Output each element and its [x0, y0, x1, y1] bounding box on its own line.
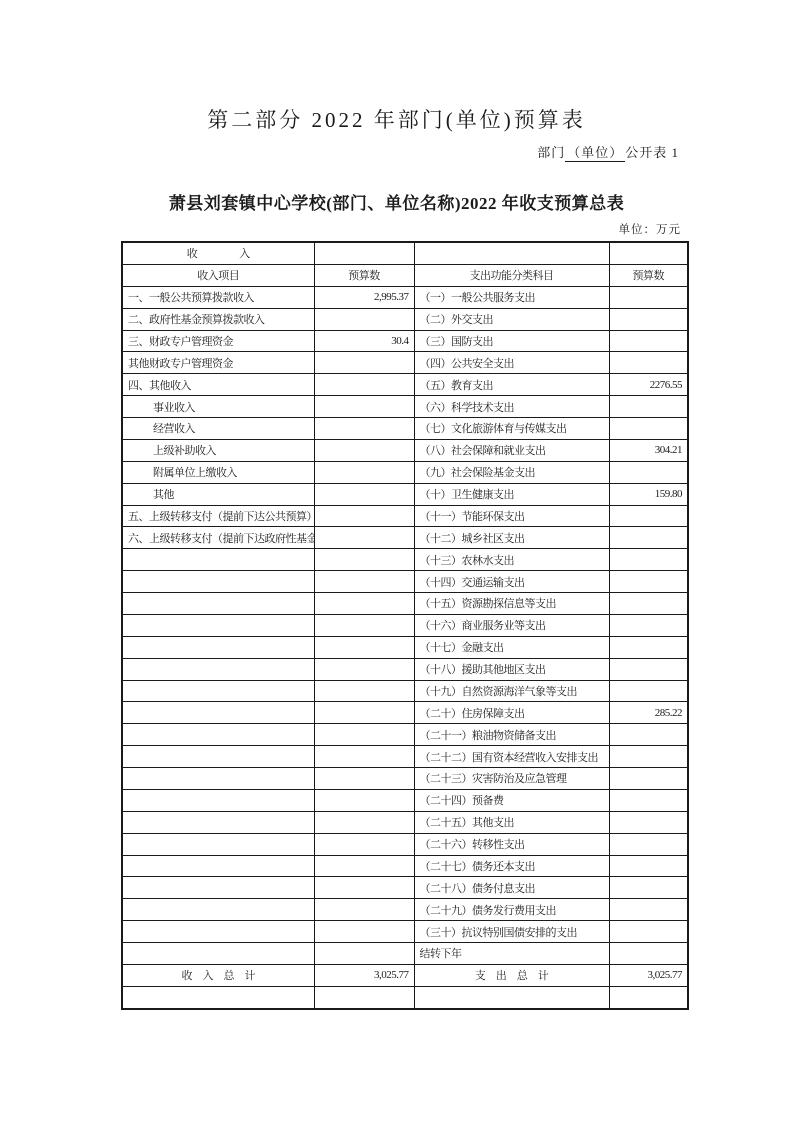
income-amount-cell: [314, 943, 414, 965]
expense-total-label: 支 出 总 计: [414, 964, 609, 986]
income-item-cell: [122, 636, 314, 658]
income-amount-cell: [314, 352, 414, 374]
expense-item-cell: （十三）农林水支出: [414, 549, 609, 571]
expense-amount-cell: 285.22: [609, 702, 688, 724]
expense-item-cell: （四）公共安全支出: [414, 352, 609, 374]
income-item-cell: 四、其他收入: [122, 374, 314, 396]
budget-table: 收 入 收入项目 预算数 支出功能分类科目 预算数 一、一般公共预算拨款收入2,…: [121, 241, 689, 1010]
form-label-suffix: 公开表 1: [625, 145, 679, 160]
expense-amount-cell: [609, 877, 688, 899]
expense-item-cell: （七）文化旅游体育与传媒支出: [414, 418, 609, 440]
expense-item-cell: （二十一）粮油物资储备支出: [414, 724, 609, 746]
income-amount-cell: [314, 374, 414, 396]
income-section-header: 收 入: [122, 242, 314, 264]
income-amount-cell: [314, 439, 414, 461]
expense-amount-cell: [609, 636, 688, 658]
expense-item-cell: 结转下年: [414, 943, 609, 965]
table-row: （十三）农林水支出: [122, 549, 688, 571]
table-row: 六、上级转移支付（提前下达政府性基金）（十二）城乡社区支出: [122, 527, 688, 549]
total-row: 收 入 总 计 3,025.77 支 出 总 计 3,025.77: [122, 964, 688, 986]
page-title: 第二部分 2022 年部门(单位)预算表: [0, 104, 793, 134]
expense-item-cell: （三）国防支出: [414, 330, 609, 352]
table-row: （二十六）转移性支出: [122, 833, 688, 855]
expense-amount-cell: [609, 571, 688, 593]
expense-amount-cell: [609, 330, 688, 352]
income-item-cell: [122, 877, 314, 899]
empty-cell: [609, 986, 688, 1009]
expense-item-cell: （二十三）灾害防治及应急管理: [414, 768, 609, 790]
table-row: 五、上级转移支付（提前下达公共预算）（十一）节能环保支出: [122, 505, 688, 527]
empty-row: [122, 986, 688, 1009]
income-amount-cell: [314, 724, 414, 746]
table-title: 萧县刘套镇中心学校(部门、单位名称)2022 年收支预算总表: [0, 189, 793, 214]
expense-item-cell: （十二）城乡社区支出: [414, 527, 609, 549]
expense-amount-cell: [609, 855, 688, 877]
table-row: 二、政府性基金预算拨款收入（二）外交支出: [122, 308, 688, 330]
income-item-cell: 五、上级转移支付（提前下达公共预算）: [122, 505, 314, 527]
table-row: 事业收入（六）科学技术支出: [122, 396, 688, 418]
income-amount-cell: [314, 593, 414, 615]
income-amount-cell: [314, 571, 414, 593]
income-amount-cell: [314, 768, 414, 790]
expense-amount-cell: [609, 505, 688, 527]
expense-item-cell: （十四）交通运输支出: [414, 571, 609, 593]
table-row: （三十）抗议特别国债安排的支出: [122, 921, 688, 943]
income-amount-cell: 30.4: [314, 330, 414, 352]
table-row: （二十）住房保障支出285.22: [122, 702, 688, 724]
expense-amount-cell: 2276.55: [609, 374, 688, 396]
expense-item-cell: （十六）商业服务业等支出: [414, 614, 609, 636]
table-row: 其他财政专户管理资金（四）公共安全支出: [122, 352, 688, 374]
empty-cell: [314, 242, 414, 264]
income-item-cell: 其他财政专户管理资金: [122, 352, 314, 374]
expense-item-cell: （二十六）转移性支出: [414, 833, 609, 855]
expense-total-value: 3,025.77: [609, 964, 688, 986]
income-item-cell: 六、上级转移支付（提前下达政府性基金）: [122, 527, 314, 549]
expense-amount-cell: [609, 724, 688, 746]
income-amount-cell: [314, 833, 414, 855]
expense-item-cell: （十五）资源勘探信息等支出: [414, 593, 609, 615]
expense-item-cell: （十一）节能环保支出: [414, 505, 609, 527]
income-item-cell: [122, 702, 314, 724]
expense-amount-cell: [609, 746, 688, 768]
table-row: （二十九）债务发行费用支出: [122, 899, 688, 921]
table-row: 一、一般公共预算拨款收入2,995.37（一）一般公共服务支出: [122, 286, 688, 308]
table-row: （十七）金融支出: [122, 636, 688, 658]
table-row: （二十七）债务还本支出: [122, 855, 688, 877]
income-item-cell: [122, 833, 314, 855]
expense-item-cell: （十七）金融支出: [414, 636, 609, 658]
expense-amount-cell: [609, 286, 688, 308]
form-label-prefix: 部门: [537, 145, 565, 160]
income-amount-cell: [314, 483, 414, 505]
income-amount-cell: [314, 855, 414, 877]
income-amount-cell: [314, 308, 414, 330]
expense-amount-cell: [609, 811, 688, 833]
income-amount-cell: [314, 746, 414, 768]
income-amount-cell: [314, 877, 414, 899]
expense-item-cell: （十九）自然资源海洋气象等支出: [414, 680, 609, 702]
income-item-cell: 一、一般公共预算拨款收入: [122, 286, 314, 308]
income-amount-cell: [314, 396, 414, 418]
expense-amount-cell: [609, 768, 688, 790]
expense-item-cell: （五）教育支出: [414, 374, 609, 396]
income-item-cell: [122, 921, 314, 943]
income-item-cell: [122, 746, 314, 768]
table-row: 四、其他收入（五）教育支出2276.55: [122, 374, 688, 396]
form-label: 部门（单位）公开表 1: [537, 142, 679, 161]
expense-item-cell: （二）外交支出: [414, 308, 609, 330]
income-amount-cell: [314, 702, 414, 724]
empty-cell: [122, 986, 314, 1009]
income-item-cell: [122, 811, 314, 833]
col-header-expense-category: 支出功能分类科目: [414, 264, 609, 286]
expense-amount-cell: [609, 549, 688, 571]
income-amount-cell: [314, 418, 414, 440]
expense-item-cell: （十八）援助其他地区支出: [414, 658, 609, 680]
table-row: 经营收入（七）文化旅游体育与传媒支出: [122, 418, 688, 440]
expense-amount-cell: [609, 593, 688, 615]
income-amount-cell: 2,995.37: [314, 286, 414, 308]
income-amount-cell: [314, 811, 414, 833]
expense-item-cell: （二十五）其他支出: [414, 811, 609, 833]
table-row: （十四）交通运输支出: [122, 571, 688, 593]
expense-amount-cell: [609, 461, 688, 483]
income-item-cell: [122, 549, 314, 571]
expense-item-cell: （二十九）债务发行费用支出: [414, 899, 609, 921]
income-item-cell: [122, 593, 314, 615]
column-header-row: 收入项目 预算数 支出功能分类科目 预算数: [122, 264, 688, 286]
col-header-income-budget: 预算数: [314, 264, 414, 286]
income-total-value: 3,025.77: [314, 964, 414, 986]
income-item-cell: 其他: [122, 483, 314, 505]
empty-cell: [414, 242, 609, 264]
income-amount-cell: [314, 614, 414, 636]
table-row: （二十一）粮油物资储备支出: [122, 724, 688, 746]
income-item-cell: [122, 680, 314, 702]
table-row: （二十五）其他支出: [122, 811, 688, 833]
income-amount-cell: [314, 636, 414, 658]
expense-amount-cell: [609, 614, 688, 636]
table-row: （二十二）国有资本经营收入安排支出: [122, 746, 688, 768]
income-amount-cell: [314, 921, 414, 943]
income-item-cell: 经营收入: [122, 418, 314, 440]
expense-amount-cell: [609, 899, 688, 921]
income-item-cell: [122, 658, 314, 680]
income-amount-cell: [314, 789, 414, 811]
income-amount-cell: [314, 680, 414, 702]
expense-amount-cell: [609, 789, 688, 811]
form-label-underlined: （单位）: [565, 145, 625, 162]
expense-item-cell: （二十）住房保障支出: [414, 702, 609, 724]
income-item-cell: [122, 724, 314, 746]
expense-amount-cell: 159.80: [609, 483, 688, 505]
income-item-cell: [122, 614, 314, 636]
col-header-income-item: 收入项目: [122, 264, 314, 286]
expense-item-cell: （二十四）预备费: [414, 789, 609, 811]
unit-note: 单位：万元: [619, 221, 682, 237]
income-amount-cell: [314, 505, 414, 527]
table-row: （十九）自然资源海洋气象等支出: [122, 680, 688, 702]
income-item-cell: [122, 789, 314, 811]
expense-amount-cell: [609, 527, 688, 549]
income-amount-cell: [314, 899, 414, 921]
table-row: 上级补助收入（八）社会保障和就业支出304.21: [122, 439, 688, 461]
income-amount-cell: [314, 527, 414, 549]
section-header-row: 收 入: [122, 242, 688, 264]
table-row: （十五）资源勘探信息等支出: [122, 593, 688, 615]
expense-amount-cell: [609, 352, 688, 374]
income-amount-cell: [314, 461, 414, 483]
expense-item-cell: （二十二）国有资本经营收入安排支出: [414, 746, 609, 768]
expense-item-cell: （八）社会保障和就业支出: [414, 439, 609, 461]
expense-item-cell: （二十八）债务付息支出: [414, 877, 609, 899]
expense-item-cell: （三十）抗议特别国债安排的支出: [414, 921, 609, 943]
col-header-expense-budget: 预算数: [609, 264, 688, 286]
income-item-cell: [122, 899, 314, 921]
table-row: （二十四）预备费: [122, 789, 688, 811]
table-row: 三、财政专户管理资金30.4（三）国防支出: [122, 330, 688, 352]
table-row: 附属单位上缴收入（九）社会保险基金支出: [122, 461, 688, 483]
income-item-cell: 附属单位上缴收入: [122, 461, 314, 483]
expense-amount-cell: [609, 833, 688, 855]
income-item-cell: 三、财政专户管理资金: [122, 330, 314, 352]
table-row: （十八）援助其他地区支出: [122, 658, 688, 680]
expense-amount-cell: [609, 396, 688, 418]
expense-item-cell: （十）卫生健康支出: [414, 483, 609, 505]
table-row: （二十三）灾害防治及应急管理: [122, 768, 688, 790]
expense-item-cell: （一）一般公共服务支出: [414, 286, 609, 308]
expense-item-cell: （六）科学技术支出: [414, 396, 609, 418]
expense-amount-cell: [609, 680, 688, 702]
expense-amount-cell: [609, 308, 688, 330]
expense-item-cell: （二十七）债务还本支出: [414, 855, 609, 877]
table-row: 结转下年: [122, 943, 688, 965]
income-item-cell: [122, 943, 314, 965]
expense-amount-cell: [609, 921, 688, 943]
income-total-label: 收 入 总 计: [122, 964, 314, 986]
empty-cell: [609, 242, 688, 264]
table-row: 其他（十）卫生健康支出159.80: [122, 483, 688, 505]
income-item-cell: 二、政府性基金预算拨款收入: [122, 308, 314, 330]
income-item-cell: [122, 768, 314, 790]
income-item-cell: [122, 855, 314, 877]
expense-item-cell: （九）社会保险基金支出: [414, 461, 609, 483]
empty-cell: [414, 986, 609, 1009]
empty-cell: [314, 986, 414, 1009]
expense-amount-cell: [609, 658, 688, 680]
income-item-cell: [122, 571, 314, 593]
income-amount-cell: [314, 549, 414, 571]
table-row: （十六）商业服务业等支出: [122, 614, 688, 636]
expense-amount-cell: [609, 418, 688, 440]
expense-amount-cell: 304.21: [609, 439, 688, 461]
income-amount-cell: [314, 658, 414, 680]
document-page: 第二部分 2022 年部门(单位)预算表 部门（单位）公开表 1 萧县刘套镇中心…: [0, 0, 793, 1122]
expense-amount-cell: [609, 943, 688, 965]
table-row: （二十八）债务付息支出: [122, 877, 688, 899]
income-item-cell: 上级补助收入: [122, 439, 314, 461]
income-item-cell: 事业收入: [122, 396, 314, 418]
